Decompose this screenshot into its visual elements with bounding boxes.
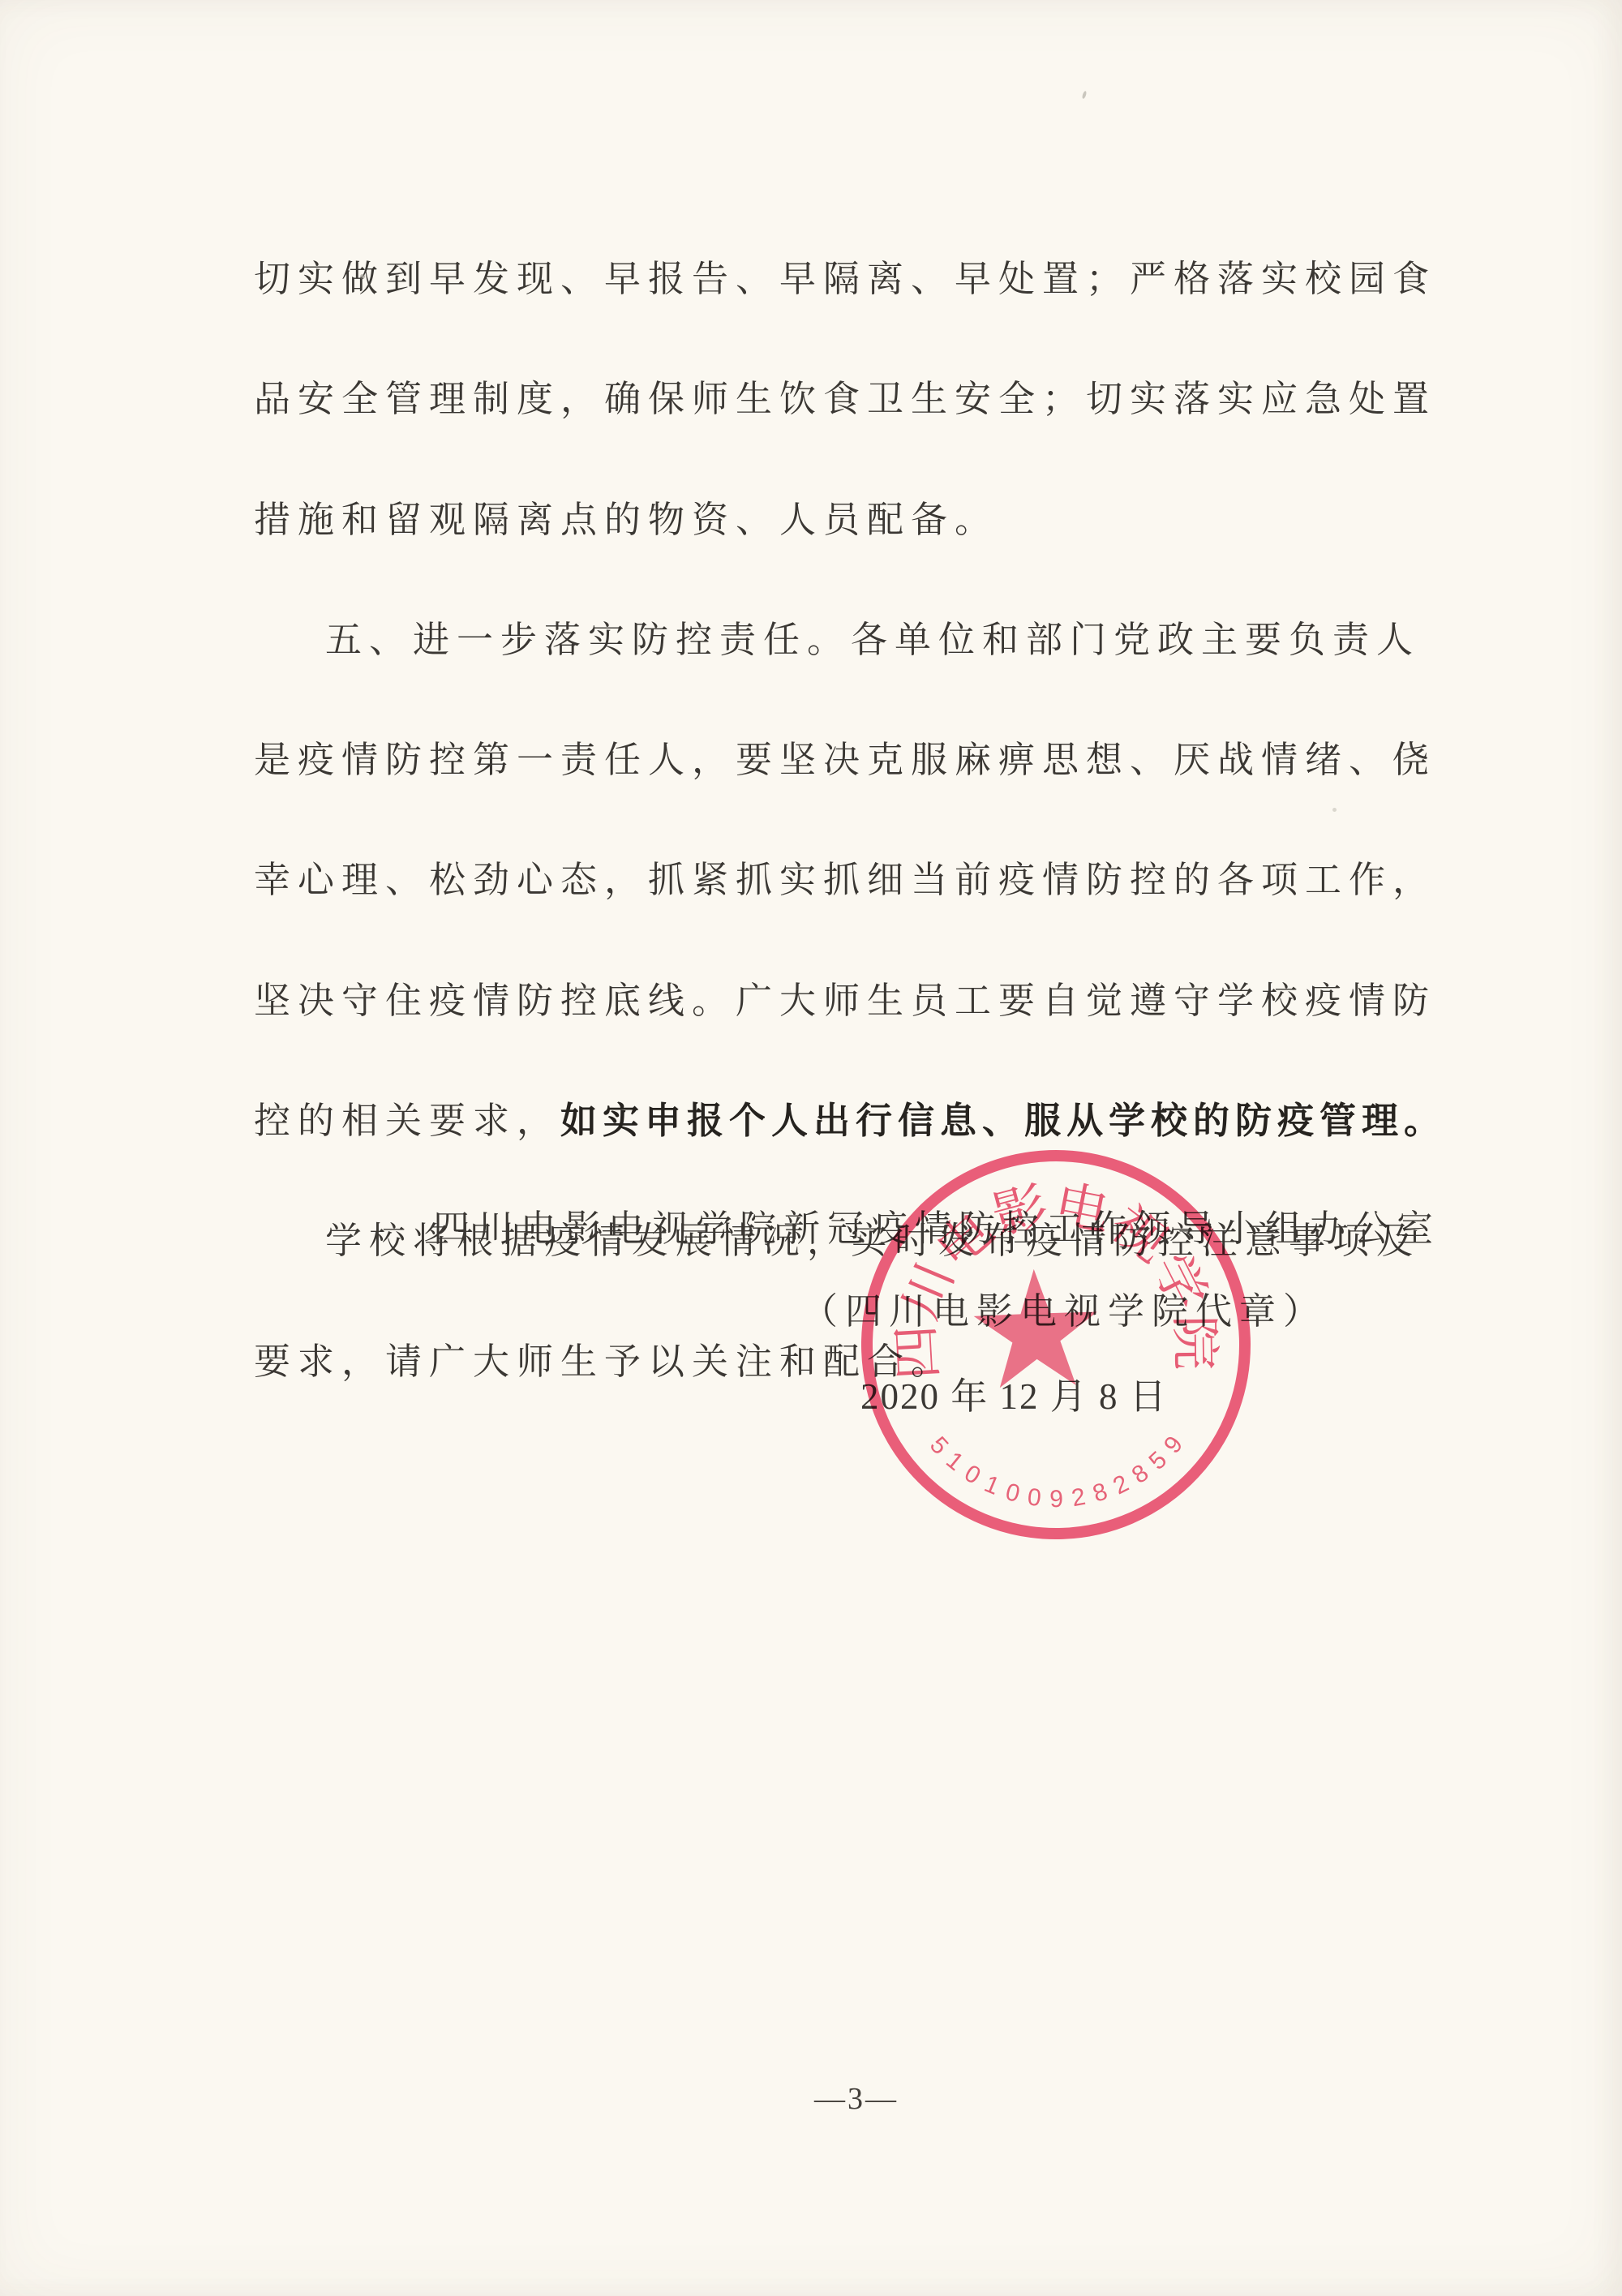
signature-date: 2020 年 12 月 8 日 [860,1354,1168,1439]
scanned-document-page: 切实做到早发现、早报告、早隔离、早处置；严格落实校园食 品安全管理制度，确保师生… [0,0,1622,2296]
scan-speck [360,274,365,279]
page-number: —3— [759,2073,954,2125]
body-line: 切实做到早发现、早报告、早隔离、早处置；严格落实校园食 [254,238,1487,321]
body-line-bold-segment: 如实申报个人出行信息、服从学校的防疫管理。 [560,1101,1446,1141]
body-line: 措施和留观隔离点的物资、人员配备。 [254,479,1487,562]
body-line: 控的相关要求，如实申报个人出行信息、服从学校的防疫管理。 [254,1079,1487,1163]
body-line-normal-segment: 控的相关要求， [254,1101,560,1141]
body-line: 幸心理、松劲心态，抓紧抓实抓细当前疫情防控的各项工作， [254,839,1487,922]
signature-organization: 四川电影电视学院新冠疫情防控工作领导小组办公室 [433,1187,1440,1271]
body-line: 是疫情防控第一责任人，要坚决克服麻痹思想、厌战情绪、侥 [254,719,1487,802]
body-line: 坚决守住疫情防控底线。广大师生员工要自觉遵守学校疫情防 [254,959,1487,1043]
body-line-paragraph-start: 五、进一步落实防控责任。各单位和部门党政主要负责人 [254,599,1487,682]
body-line: 品安全管理制度，确保师生饮食卫生安全；切实落实应急处置 [254,358,1487,441]
scan-speck [1082,91,1088,100]
scan-speck [1332,808,1337,812]
signature-seal-note: （四川电影电视学院代章） [801,1269,1327,1354]
